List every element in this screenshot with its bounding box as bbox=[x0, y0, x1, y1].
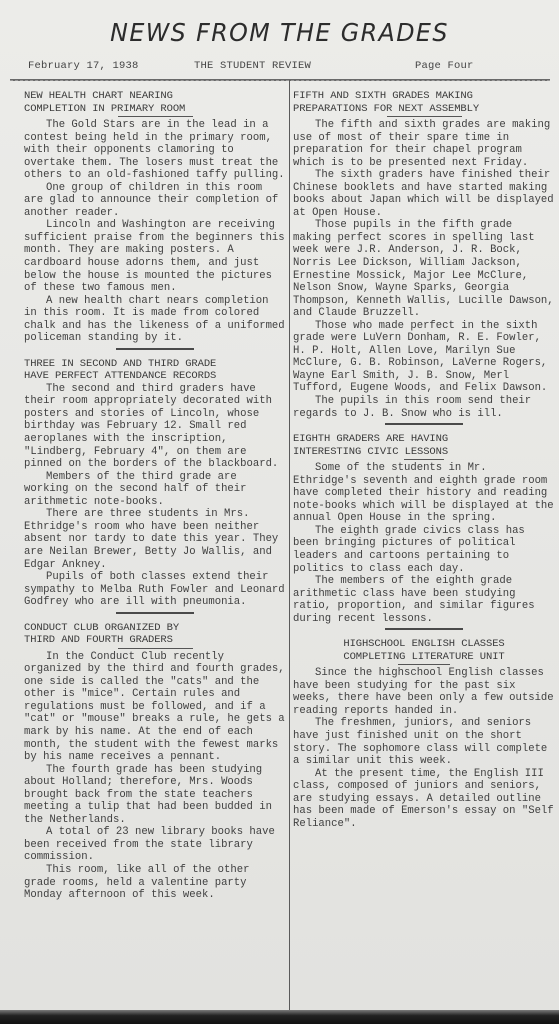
publication-name: THE STUDENT REVIEW bbox=[194, 60, 311, 72]
article-health-chart: NEW HEALTH CHART NEARING COMPLETION IN P… bbox=[24, 90, 286, 350]
paragraph: The sixth graders have finished their Ch… bbox=[293, 169, 555, 219]
paragraph: The fifth and sixth grades are making us… bbox=[293, 119, 555, 169]
article-separator bbox=[116, 612, 194, 614]
article-perfect-attendance: THREE IN SECOND AND THIRD GRADE HAVE PER… bbox=[24, 358, 286, 614]
paragraph: The members of the eighth grade arithmet… bbox=[293, 575, 555, 625]
headline-line: FIFTH AND SIXTH GRADES MAKING bbox=[293, 90, 555, 103]
headline: EIGHTH GRADERS ARE HAVING INTERESTING CI… bbox=[293, 433, 555, 458]
article-highschool-english: HIGHSCHOOL ENGLISH CLASSES COMPLETING LI… bbox=[293, 638, 555, 830]
paragraph: A new health chart nears completion in t… bbox=[24, 295, 286, 345]
paragraph: The eighth grade civics class has been b… bbox=[293, 525, 555, 575]
paragraph: The Gold Stars are in the lead in a cont… bbox=[24, 119, 286, 182]
paragraph: This room, like all of the other grade r… bbox=[24, 864, 286, 902]
paragraph: One group of children in this room are g… bbox=[24, 182, 286, 220]
newspaper-page: NEWS FROM THE GRADES February 17, 1938 T… bbox=[0, 0, 559, 1010]
masthead-title: NEWS FROM THE GRADES bbox=[14, 18, 545, 47]
paragraph: Those who made perfect in the sixth grad… bbox=[293, 320, 555, 395]
paragraph: Those pupils in the fifth grade making p… bbox=[293, 219, 555, 319]
headline-line: COMPLETION IN PRIMARY ROOM bbox=[24, 103, 286, 116]
paragraph: Some of the students in Mr. Ethridge's s… bbox=[293, 462, 555, 525]
article-civic-lessons: EIGHTH GRADERS ARE HAVING INTERESTING CI… bbox=[293, 433, 555, 630]
article-separator bbox=[385, 423, 463, 425]
header-rule bbox=[10, 79, 550, 81]
headline-line: PREPARATIONS FOR NEXT ASSEMBLY bbox=[293, 103, 555, 116]
headline: HIGHSCHOOL ENGLISH CLASSES COMPLETING LI… bbox=[293, 638, 555, 663]
article-separator bbox=[116, 348, 194, 350]
article-conduct-club: CONDUCT CLUB ORGANIZED BY THIRD AND FOUR… bbox=[24, 622, 286, 902]
article-assembly-preparations: FIFTH AND SIXTH GRADES MAKING PREPARATIO… bbox=[293, 90, 555, 425]
paragraph: Since the highschool English classes hav… bbox=[293, 667, 555, 717]
paragraph: At the present time, the English III cla… bbox=[293, 768, 555, 831]
paragraph: The freshmen, juniors, and seniors have … bbox=[293, 717, 555, 767]
paragraph: Lincoln and Washington are receiving suf… bbox=[24, 219, 286, 294]
right-column: FIFTH AND SIXTH GRADES MAKING PREPARATIO… bbox=[293, 90, 555, 830]
headline: FIFTH AND SIXTH GRADES MAKING PREPARATIO… bbox=[293, 90, 555, 115]
page-number: Page Four bbox=[415, 60, 474, 72]
headline-underline bbox=[118, 648, 193, 649]
headline-line: HIGHSCHOOL ENGLISH CLASSES bbox=[293, 638, 555, 651]
scan-bottom-edge bbox=[0, 1010, 559, 1024]
paragraph: There are three students in Mrs. Ethridg… bbox=[24, 508, 286, 571]
paragraph: A total of 23 new library books have bee… bbox=[24, 826, 286, 864]
headline-line: EIGHTH GRADERS ARE HAVING bbox=[293, 433, 555, 446]
paragraph: Pupils of both classes extend their symp… bbox=[24, 571, 286, 609]
headline-underline bbox=[404, 459, 444, 460]
headline: CONDUCT CLUB ORGANIZED BY THIRD AND FOUR… bbox=[24, 622, 286, 647]
headline-underline bbox=[398, 664, 450, 665]
article-separator bbox=[385, 628, 463, 630]
paragraph: The second and third graders have their … bbox=[24, 383, 286, 471]
left-column: NEW HEALTH CHART NEARING COMPLETION IN P… bbox=[24, 90, 286, 902]
issue-date: February 17, 1938 bbox=[28, 60, 139, 72]
headline-line: NEW HEALTH CHART NEARING bbox=[24, 90, 286, 103]
paragraph: The pupils in this room send their regar… bbox=[293, 395, 555, 420]
paragraph: The fourth grade has been studying about… bbox=[24, 764, 286, 827]
headline-underline bbox=[118, 116, 193, 117]
headline-line: INTERESTING CIVIC LESSONS bbox=[293, 446, 555, 459]
headline: NEW HEALTH CHART NEARING COMPLETION IN P… bbox=[24, 90, 286, 115]
headline-line: CONDUCT CLUB ORGANIZED BY bbox=[24, 622, 286, 635]
headline-line: THREE IN SECOND AND THIRD GRADE bbox=[24, 358, 286, 371]
column-divider bbox=[289, 80, 290, 1010]
paragraph: Members of the third grade are working o… bbox=[24, 471, 286, 509]
paragraph: In the Conduct Club recently organized b… bbox=[24, 651, 286, 764]
headline-line: COMPLETING LITERATURE UNIT bbox=[293, 651, 555, 664]
headline: THREE IN SECOND AND THIRD GRADE HAVE PER… bbox=[24, 358, 286, 383]
headline-underline bbox=[387, 116, 462, 117]
headline-line: HAVE PERFECT ATTENDANCE RECORDS bbox=[24, 370, 286, 383]
headline-line: THIRD AND FOURTH GRADERS bbox=[24, 634, 286, 647]
